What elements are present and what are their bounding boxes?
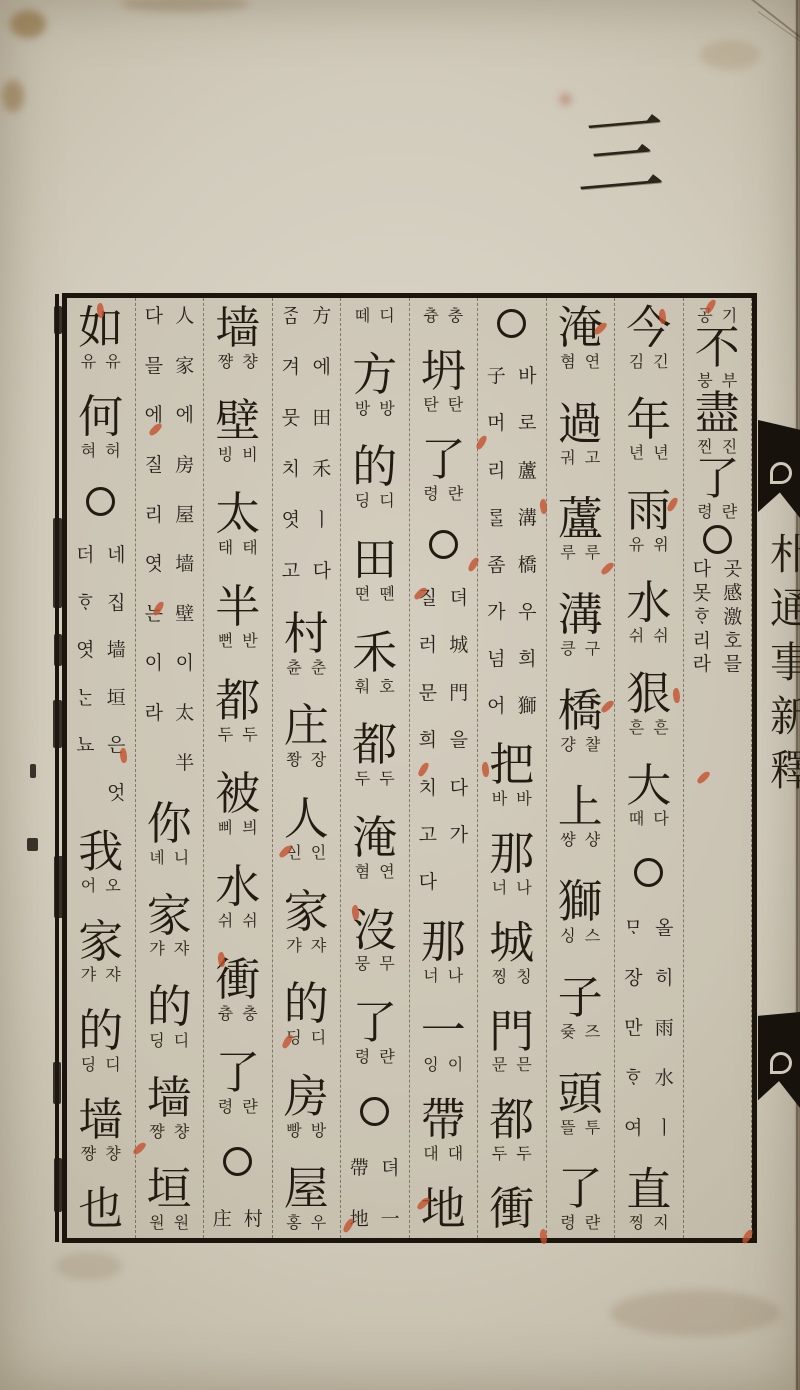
gloss-row: ᄒᆞ激 [690,607,744,629]
gloss-char: 문 [416,683,439,705]
hangul-reading: 두 [355,770,370,788]
hangul-reading: 이 [448,1056,463,1074]
hanja-unit: 太태태 [215,491,260,556]
hanja-char: 帶 [421,1097,466,1143]
hanja-unit: 禾훠호 [352,630,397,695]
hangul-reading-pair: 쨩챵 [81,1145,121,1163]
hanja-char: 狠 [626,671,671,717]
gloss-char: 올 [653,918,676,940]
gloss-char: 더 [74,545,97,567]
hanja-char: 淹 [352,815,397,861]
hangul-reading: 랸 [585,1214,600,1232]
gloss-char: 다 [447,778,470,800]
hangul-reading: 갸 [81,966,96,984]
hangul-reading-pair: 두두 [355,770,395,788]
text-column-8: 墙쨩챵壁빙비太태태半뻔반都두두被삐븨水쉬쉬衝츙충了령랸庄村 [204,298,273,1238]
hanja-char: 獅 [558,879,603,925]
hanja-char: 房 [284,1074,329,1120]
hanja-unit: 了령랸 [558,1166,603,1231]
paper-stain [700,40,760,70]
gloss-char [74,783,97,805]
hangul-reading: 궈 [560,449,575,467]
hangul-reading: 뻔 [218,632,233,650]
hangul-reading: 년 [653,444,668,462]
text-column-3: 淹혐연過궈고蘆루루溝킁구橋걍챨上썅샹獅싱스子즂즈頭뜰투了령랸 [547,298,616,1238]
hanja-unit: 頭뜰투 [558,1071,603,1136]
hangul-reading: 때 [629,810,644,828]
fishtail-swirl [770,462,792,484]
hangul-reading-pair: 어오 [81,877,121,895]
hangul-reading-pair: 찡지 [629,1214,669,1232]
hangul-reading: 갸 [149,940,164,958]
hangul-reading-pair: 찡칭 [492,968,532,986]
hanja-unit: 人ᅀᅵᆫ인 [284,796,329,861]
hangul-reading-pair: 김긴 [629,353,669,371]
gloss-row: 질房 [142,455,196,477]
hanja-char: 家 [147,893,192,939]
hangul-reading: 쨩 [218,353,233,371]
gloss-char: 우 [516,602,539,624]
hangul-reading: 디 [105,1056,120,1074]
hangul-reading: 연 [585,353,600,371]
gloss-char: ㅣ [653,1118,676,1140]
hanja-unit: 淹혐연 [558,305,603,370]
gloss-row: 치禾 [279,459,333,481]
hanja-unit: 田뗜뗸 [352,537,397,602]
hangul-reading: 긴 [653,353,668,371]
hangul-reading-pair: 킁구 [560,640,600,658]
gloss-char: ᄒᆞ [622,1068,645,1090]
gloss-char: 러 [416,635,439,657]
hangul-reading: 방 [379,400,394,418]
gloss-row: 다곳 [690,559,744,581]
gloss-char: 네 [105,545,128,567]
hangul-reading-pair: 년년 [629,444,669,462]
gloss-char: 엿 [142,554,165,576]
hangul-reading: 훠 [355,678,370,696]
hangul-reading-pair: 령랸 [697,503,737,521]
hangul-reading: 탄 [423,396,438,414]
hanja-unit: 帶대대 [421,1097,466,1162]
hanja-unit: 方방방 [352,352,397,417]
hanja-char: 也 [78,1186,123,1232]
hanja-char: 何 [78,394,123,440]
hangul-reading: 쉬 [242,912,257,930]
gloss-char: 넘 [485,649,508,671]
hangul-reading: 빵 [286,1122,301,1140]
hanja-unit: 直찡지 [626,1167,671,1232]
hangul-reading: 나 [516,879,531,897]
gloss-char: 房 [173,455,196,477]
ink-smudge [54,306,62,334]
gloss-char: 리 [485,461,508,483]
gloss-row: 리屋 [142,505,196,527]
hanja-char: 都 [215,678,260,724]
gloss-char: 여 [622,1118,645,1140]
hangul-reading: 두 [379,770,394,788]
hanja-unit: 水쉬쉬 [215,864,260,929]
hanja-unit: 城찡칭 [489,920,534,985]
hanja-unit: 大때다 [626,763,671,828]
gloss-row: 만雨 [622,1018,676,1040]
gloss-char: 희 [516,649,539,671]
hanja-char: 了 [421,437,466,483]
circle-section-marker [703,525,732,554]
hangul-reading-pair: 삐븨 [218,819,258,837]
hanja-unit: 那너나 [489,831,534,896]
hanja-unit: 雨유위 [626,488,671,553]
hanja-unit: 家갸쟈 [284,889,329,954]
hangul-reading: 태 [218,539,233,557]
hangul-reading-pair: 떼디 [355,307,395,325]
hangul-reading-pair: 때다 [629,810,669,828]
hanja-unit: 了령랸 [695,456,740,521]
gloss-char: ᄌᆞᆷ [279,306,302,328]
gloss-char: 다 [142,306,165,328]
circle-section-marker [429,530,458,559]
hangul-reading-pair: 츈춘 [286,659,326,677]
hangul-reading-pair: 루루 [560,544,600,562]
gloss-row: 못感 [690,583,744,605]
hangul-reading: 나 [448,967,463,985]
hangul-reading: 탄 [448,396,463,414]
hangul-reading: 투 [585,1119,600,1137]
hangul-reading: 두 [492,1145,507,1163]
hanja-char: 了 [695,456,740,502]
edge-book-title: 朴通事新釋 [767,532,800,832]
hangul-reading: 빙 [218,446,233,464]
hanja-char: 上 [558,784,603,830]
hangul-reading-pair: 대대 [423,1145,463,1163]
hangul-reading: 두 [516,1145,531,1163]
gloss-char: 感 [721,583,744,605]
hangul-reading-pair: 홍우 [286,1214,326,1232]
hanja-unit: 壁빙비 [215,398,260,463]
hanja-char: 一 [421,1008,466,1054]
gloss-row: 리蘆 [485,461,539,483]
text-column-2: 今김긴年년년雨유위水쉬쉬狠흔흔大때다ᄆᆞ올장히만雨ᄒᆞ水여ㅣ直찡지 [615,298,684,1238]
hangul-reading-pair: 혐연 [560,353,600,371]
gloss-char: 門 [447,683,470,705]
hangul-reading-pair: 딩디 [81,1056,121,1074]
gloss-row: 라믈 [690,654,744,676]
hangul-reading: 호 [379,678,394,696]
hanja-char: 禾 [352,630,397,676]
hanja-unit: 我어오 [78,829,123,894]
hangul-reading: 대 [448,1145,463,1163]
gloss-row: 좀橋 [485,555,539,577]
hangul-reading: 딩 [81,1056,96,1074]
gloss-row: 더네 [74,545,128,567]
hangul-reading: 츈 [286,659,301,677]
hanja-unit: 庄쫭장 [284,703,329,768]
hangul-reading-pair: 너나 [423,967,463,985]
hanja-unit: 屋홍우 [284,1166,329,1231]
hangul-reading: 김 [629,353,644,371]
hangul-reading-pair: 쨩챵 [149,1123,189,1141]
gloss-row: ᄅᆞᆯ溝 [485,508,539,530]
hanja-char: 過 [558,401,603,447]
gloss-char: 垣 [105,688,128,710]
hangul-reading: 허 [105,442,120,460]
hanja-char: 田 [352,537,397,583]
hanja-unit: 村츈춘 [284,611,329,676]
hanja-unit: 都두두 [215,678,260,743]
gloss-char: 壁 [173,604,196,626]
hangul-reading-pair: 녜니 [149,849,189,867]
gloss-char: 激 [721,607,744,629]
gloss-char [447,872,470,894]
hangul-reading: 뗸 [379,585,394,603]
gloss-row: 문門 [416,683,470,705]
hanja-unit: 你녜니 [147,801,192,866]
page-number: 三 [576,108,668,204]
hanja-unit: 狠흔흔 [626,671,671,736]
hanja-unit: 也 [78,1186,123,1232]
gloss-char: 어 [485,696,508,718]
hanja-unit: 不붕부 [695,325,740,390]
hangul-reading: 뗜 [355,585,370,603]
hangul-reading: 흔 [629,719,644,737]
gloss-char: 다 [310,561,333,583]
ink-smudge [54,634,62,666]
hangul-reading: 너 [423,967,438,985]
hanja-char: 被 [215,771,260,817]
gloss-char: 치 [416,778,439,800]
hanja-char: 我 [78,829,123,875]
hanja-char: 雨 [626,488,671,534]
circle-section-marker [223,1147,252,1176]
hanja-char: 衝 [489,1186,534,1232]
hangul-reading-pair: 탄탄 [423,396,463,414]
gloss-row: 엿墙 [142,554,196,576]
hangul-reading: 랸 [242,1098,257,1116]
hanja-char: 墙 [78,1097,123,1143]
hangul-reading: 잉 [423,1056,438,1074]
ink-smudge [53,518,62,608]
hanja-unit: 了령랸 [352,1000,397,1065]
gloss-char: ㅣ [310,510,333,532]
hanja-unit: 衝 [489,1186,534,1232]
hangul-reading: 랸 [722,503,737,521]
gloss-row: 희을 [416,730,470,752]
hangul-reading: 챵 [105,1145,120,1163]
gloss-char: 가 [447,825,470,847]
hangul-reading: 디 [311,1029,326,1047]
hanja-char: 的 [352,444,397,490]
hangul-reading: 믄 [516,1056,531,1074]
gloss-char: 엿 [279,510,302,532]
gloss-char: 치 [279,459,302,481]
hangul-reading-pair: 령랸 [423,485,463,503]
hanja-char: 都 [352,722,397,768]
hangul-reading: 쟈 [311,937,326,955]
hangul-reading: 뭉 [355,955,370,973]
gloss-char: 믈 [142,356,165,378]
gloss-char: ᄒᆞ [690,607,713,629]
gloss-char: 帶 [348,1158,371,1180]
hanja-unit: 一잉이 [421,1008,466,1073]
gloss-row: 여ㅣ [622,1118,676,1140]
hangul-reading: 븨 [242,819,257,837]
hangul-reading: 바 [492,790,507,808]
hanja-unit: 墙쨩챵 [78,1097,123,1162]
hangul-reading: 령 [697,503,712,521]
hangul-reading: 반 [242,632,257,650]
gloss-char: 가 [485,602,508,624]
hangul-reading: 쉬 [629,627,644,645]
hanja-char: 門 [489,1009,534,1055]
gloss-char: ᄒᆞ [74,593,97,615]
gloss-char: 못 [690,583,713,605]
hangul-reading: 랸 [448,485,463,503]
circle-section-marker [634,858,663,887]
hanja-unit: 的딩디 [78,1008,123,1073]
hangul-reading-pair: 흔흔 [629,719,669,737]
hanja-char: 家 [78,919,123,965]
hanja-unit: 墙쨩챵 [215,305,260,370]
hanja-char: 方 [352,352,397,398]
hangul-reading-pair: 뗜뗸 [355,585,395,603]
gloss-row: 라太 [142,703,196,725]
hanja-char: 庄 [284,703,329,749]
gloss-row: 地一 [348,1209,402,1231]
gloss-char: 머 [485,413,508,435]
hangul-reading: 두 [242,726,257,744]
hangul-reading: 충 [242,1005,257,1023]
hangul-reading: 장 [311,751,326,769]
hangul-reading-pair: 쨩챵 [218,353,258,371]
gloss-char: 屋 [173,505,196,527]
hangul-reading-pair: 바바 [492,790,532,808]
gloss-char: 에 [310,357,333,379]
gloss-char: 村 [242,1209,265,1231]
gloss-row: 엿ㅣ [279,510,333,532]
gloss-row: 겨에 [279,357,333,379]
hanja-char: 壁 [215,398,260,444]
gloss-char: 리 [142,505,165,527]
hangul-reading: 쉬 [653,627,668,645]
hangul-reading: 챵 [242,353,257,371]
hanja-unit: 溝킁구 [558,592,603,657]
gloss-char: 뇨 [74,735,97,757]
hanja-char: 年 [626,397,671,443]
hangul-reading-pair: 즂즈 [560,1023,600,1041]
hanja-unit: 地 [421,1186,466,1232]
hanja-char: 不 [695,325,740,371]
hangul-reading: 디 [379,307,394,325]
gloss-char: 희 [416,730,439,752]
hanja-char: 太 [215,491,260,537]
gloss-char: 溝 [516,508,539,530]
gloss-row: ᄒᆞ집 [74,593,128,615]
hangul-reading: 쉬 [218,912,233,930]
gloss-char: 雨 [653,1018,676,1040]
text-column-6: 떼디方방방的딩디田뗜뗸禾훠호都두두淹혐연沒뭉무了령랸帶뎌地一 [341,298,410,1238]
gloss-row: 이이 [142,653,196,675]
gloss-char: 믈 [721,654,744,676]
gloss-char: 家 [173,356,196,378]
gloss-char: 뭇 [279,408,302,430]
hangul-reading: 오 [105,877,120,895]
gloss-char: 뎌 [447,588,470,610]
hangul-reading-pair: 혐연 [355,863,395,881]
hanja-char: 地 [421,1186,466,1232]
gloss-row: 엿墙 [74,640,128,662]
gloss-char: 호 [721,631,744,653]
hanja-unit: 家갸쟈 [78,919,123,984]
gloss-char: ᄅᆞᆯ [485,508,508,530]
hangul-reading-pair: 잉이 [423,1056,463,1074]
hanja-unit: 沒뭉무 [352,908,397,973]
gloss-char: 이 [173,653,196,675]
hanja-char: 蘆 [558,496,603,542]
gloss-char: 橋 [516,555,539,577]
gloss-row: 다人 [142,306,196,328]
ink-smudge [54,856,63,918]
text-column-10: 如유유何혀허더네ᄒᆞ집엿墙ᄂᆞᆫ垣뇨은엇我어오家갸쟈的딩디墙쨩챵也 [67,298,136,1238]
gloss-char: 엇 [105,783,128,805]
hangul-reading: 떼 [355,307,370,325]
hangul-reading-pair: 걍챨 [560,736,600,754]
hangul-reading: 싱 [560,927,575,945]
hanja-unit: 墙쨩챵 [147,1075,192,1140]
gloss-row: 는壁 [142,604,196,626]
gloss-row: 가우 [485,602,539,624]
hanja-char: 垣 [147,1166,192,1212]
hangul-reading: 루 [560,544,575,562]
hanja-unit: 橋걍챨 [558,688,603,753]
hanja-char: 水 [626,580,671,626]
hanja-unit: 家갸쟈 [147,893,192,958]
hangul-reading: 충 [448,307,463,325]
hangul-reading: 디 [174,1032,189,1050]
hangul-reading: 다 [653,810,668,828]
hanja-char: 大 [626,763,671,809]
gloss-row: 子바 [485,366,539,388]
gloss-row: 러城 [416,635,470,657]
hangul-reading: 원 [149,1214,164,1232]
hanja-unit: 的딩디 [352,444,397,509]
hangul-reading: 유 [81,353,96,371]
gloss-char: 엿 [74,640,97,662]
hangul-reading: 킁 [560,640,575,658]
hanja-unit: 門문믄 [489,1009,534,1074]
gloss-char: 좀 [485,555,508,577]
hanja-char: 墙 [215,305,260,351]
hangul-reading-pair: 쫭장 [286,751,326,769]
gloss-char: 太 [173,703,196,725]
hangul-reading-pair: 딩디 [355,492,395,510]
gloss-char: 半 [173,753,196,775]
hangul-reading: 니 [174,849,189,867]
hanja-unit: 上썅샹 [558,784,603,849]
hanja-char: 頭 [558,1071,603,1117]
hangul-reading: 랸 [379,1048,394,1066]
hanja-unit: 垣원원 [147,1166,192,1231]
hangul-reading: 유 [105,353,120,371]
hangul-reading: 쫭 [286,751,301,769]
hangul-reading: 고 [585,449,600,467]
gloss-char: 집 [105,593,128,615]
gloss-row: 엇 [74,783,128,805]
gloss-row: 머로 [485,413,539,435]
hanja-char: 了 [352,1000,397,1046]
hangul-reading: 유 [629,536,644,554]
paper-stain [610,1290,780,1336]
hangul-reading: 즈 [585,1023,600,1041]
hangul-reading: 찡 [629,1214,644,1232]
